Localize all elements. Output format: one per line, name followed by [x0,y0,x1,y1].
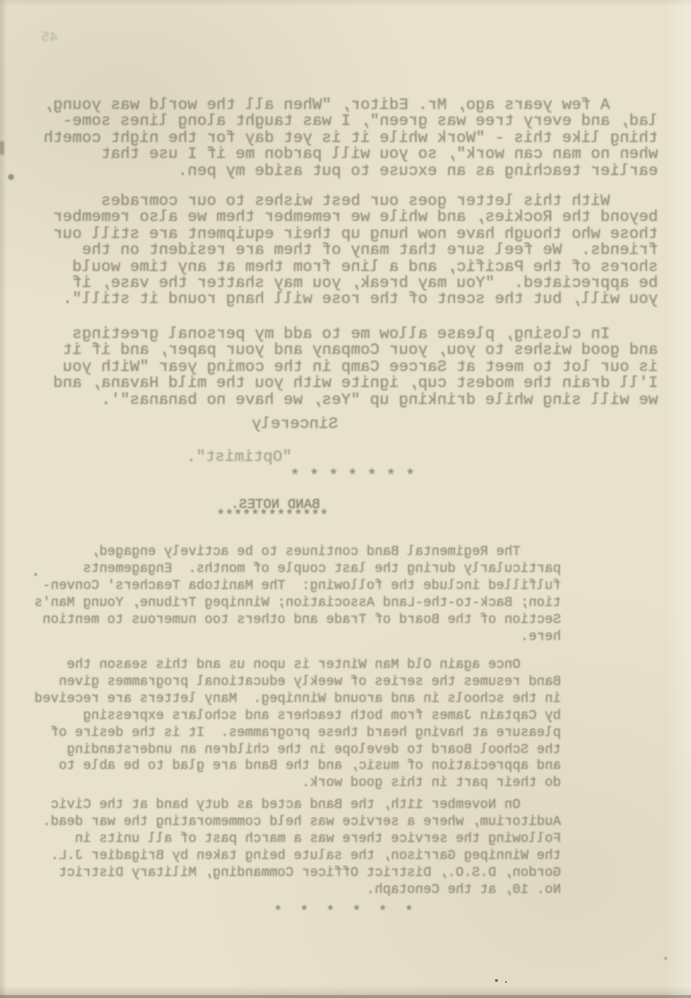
typewritten-line: Once again Old Man Winter is upon us and… [13,658,561,675]
letter-signature: "Optimist". [186,449,292,465]
typewritten-line: when no man can work", so you will pardo… [22,146,658,162]
letter-paragraph-1: A few years ago, Mr. Editor, "When all t… [22,97,658,179]
typewritten-line: do their part in this good work. [13,776,561,793]
typewritten-line: beyond the Rockies, and while we remembe… [22,209,658,225]
band-notes-heading-underline: ************* [216,509,328,526]
typewritten-line: The Regimental Band continues to be acti… [13,545,561,562]
typewritten-line: Auditorium, where a service was held com… [13,815,561,832]
typewritten-line: earlier teaching as an excuse to put asi… [22,163,658,179]
typewritten-line: Section of the Board of Trade and others… [13,613,561,630]
typewritten-line: here. [13,630,561,647]
scanned-page: 45 A few years ago, Mr. Editor, "When al… [0,0,691,998]
typewritten-line: Following the service there was a march … [13,832,561,849]
typewritten-line: those who though have now hung up their … [22,226,658,242]
typewritten-line: the School Board to develope in the chil… [13,743,561,760]
typewritten-line: lad, and every tree was green", I was ta… [22,113,658,129]
page-number: 45 [41,30,58,46]
typewritten-line: fulfilled include the following: The Man… [13,579,561,596]
typewritten-line: Band resumes the series of weekly educat… [13,675,561,692]
typewritten-line: pleasure at having heard these programme… [13,726,561,743]
typewritten-line: particularly during the last couple of m… [13,562,561,579]
typewritten-line: In closing, please allow me to add my pe… [22,326,658,342]
letter-paragraph-3: In closing, please allow me to add my pe… [22,326,658,408]
typewritten-line: friends. We feel sure that many of them … [22,242,658,258]
typewritten-line: shores of the Pacific, and a line from t… [22,259,658,275]
letter-paragraph-2: With this letter goes our best wishes to… [22,193,658,308]
typewritten-line: the Winnipeg Garrison, the salute being … [13,849,561,866]
typewritten-line: I'll drain the modest cup, ignite with y… [22,375,658,391]
typewritten-line: we will sing while drinking up "Yes, we … [22,392,658,408]
typewritten-line: by Captain James from both teachers and … [13,709,561,726]
typewritten-line: On November 11th, the Band acted as duty… [13,798,561,815]
typewritten-line: tion; Back-to-the-Land Association; Winn… [13,596,561,613]
typewritten-line: thing like this - "Work while it is yet … [22,130,658,146]
typewritten-line: No. 10, at the Cenotaph. [13,883,561,900]
typewritten-line: A few years ago, Mr. Editor, "When all t… [22,97,658,113]
typewritten-line: and good wishes to you, your Company and… [22,342,658,358]
letter-closing: Sincerely [252,416,338,432]
typewritten-line: is our lot to meet at Sarcee Camp in the… [22,359,658,375]
typewritten-line: With this letter goes our best wishes to… [22,193,658,209]
footer-separator: * * * * * * [269,905,413,922]
typewritten-line: and appreciation of music, and the Band … [13,759,561,776]
typewritten-line: you will, but the scent of the rose will… [22,291,658,307]
typewritten-line: be appreciated. "You may break, you may … [22,275,658,291]
section-separator: * * * * * * * [290,468,415,484]
band-notes-paragraph-1: The Regimental Band continues to be acti… [13,545,561,646]
band-notes-paragraph-3: On November 11th, the Band acted as duty… [13,798,561,899]
typewritten-line: Gordon, D.S.O., District Officer Command… [13,866,561,883]
typewritten-line: in the schools in and around Winnipeg. M… [13,692,561,709]
bleedthrough-text-layer: 45 A few years ago, Mr. Editor, "When al… [0,0,691,998]
band-notes-paragraph-2: Once again Old Man Winter is upon us and… [13,658,561,793]
